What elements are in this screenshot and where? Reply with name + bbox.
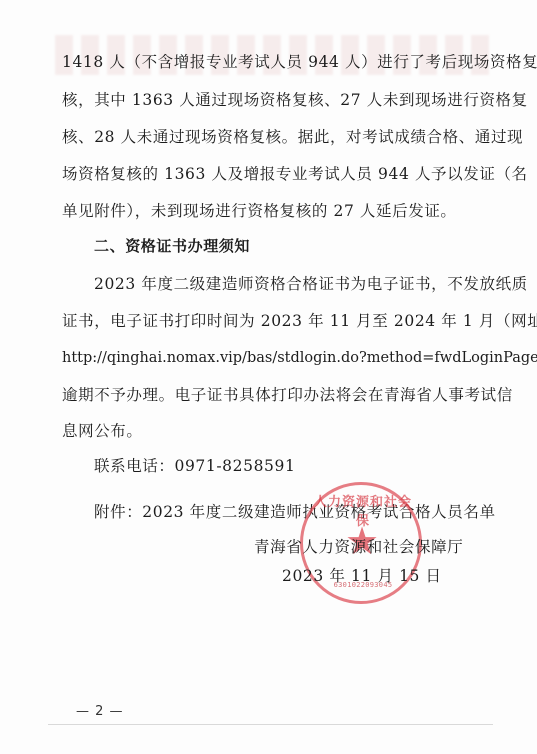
signature-organization: 青海省人力资源和社会保障厅	[254, 535, 463, 557]
paragraph1-line-3: 核、28 人未通过现场资格复核。据此，对考试成绩合格、通过现	[62, 127, 523, 147]
paragraph1-line-1: 1418 人（不含增报专业考试人员 944 人）进行了考后现场资格复	[62, 52, 537, 72]
section2-line-1: 2023 年度二级建造师资格合格证书为电子证书，不发放纸质	[94, 274, 528, 294]
paragraph1-line-2: 核，其中 1363 人通过现场资格复核、27 人未到现场进行资格复	[62, 90, 528, 110]
section2-url-line: http://qinghai.nomax.vip/bas/stdlogin.do…	[62, 348, 537, 368]
signature-date: 2023 年 11 月 15 日	[282, 564, 442, 586]
paragraph1-line-5: 单见附件），未到现场进行资格复核的 27 人延后发证。	[62, 201, 457, 221]
section2-line-2: 证书，电子证书打印时间为 2023 年 11 月至 2024 年 1 月（网址	[62, 311, 537, 331]
section2-line-4: 逾期不予办理。电子证书具体打印办法将会在青海省人事考试信	[62, 385, 513, 405]
section-heading: 二、资格证书办理须知	[94, 236, 250, 256]
footer-divider	[48, 724, 493, 725]
document-page: 1418 人（不含增报专业考试人员 944 人）进行了考后现场资格复 核，其中 …	[0, 0, 537, 754]
paragraph1-line-4: 场资格复核的 1363 人及增报专业考试人员 944 人予以发证（名	[62, 164, 528, 184]
section2-line-5: 息网公布。	[62, 421, 143, 441]
attachment-line: 附件：2023 年度二级建造师执业资格考试合格人员名单	[94, 502, 496, 522]
contact-phone: 联系电话：0971-8258591	[94, 456, 295, 476]
page-number: — 2 —	[76, 704, 124, 719]
